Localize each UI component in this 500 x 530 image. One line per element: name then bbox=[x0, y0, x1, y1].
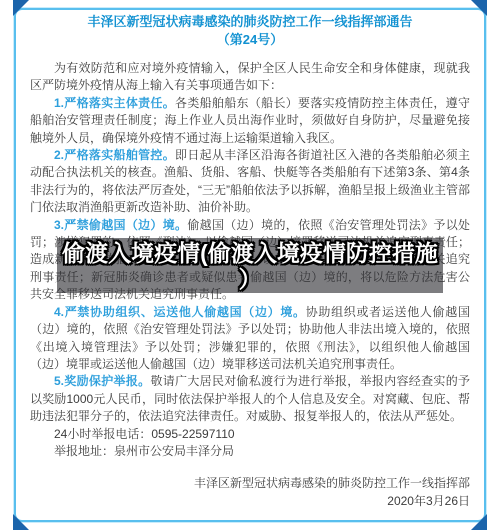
signature-org: 丰泽区新型冠状病毒感染的肺炎防控工作一线指挥部 bbox=[30, 475, 470, 492]
item-1-lead: 1.严格落实主体责任。 bbox=[54, 96, 175, 110]
notice-page: { "colors": { "frame_border": "#59bfee",… bbox=[0, 0, 500, 530]
notice-title-line1: 丰泽区新型冠状病毒感染的肺炎防控工作一线指挥部通告 bbox=[30, 13, 470, 31]
item-4: 4.严禁协助组织、运送他人偷越国（边）境。协助组织或者运送他人偷越国（边）境的，… bbox=[30, 304, 470, 374]
notice-content: 丰泽区新型冠状病毒感染的肺炎防控工作一线指挥部通告 （第24号） 为有效防范和应… bbox=[30, 13, 470, 510]
corner-triangle-top-left bbox=[13, 0, 29, 16]
item-3-lead: 3.严禁偷越国（边）境。 bbox=[54, 218, 187, 232]
item-2-lead: 2.严格落实船舶管控。 bbox=[54, 148, 175, 162]
hotline-line: 24小时举报电话：0595-22597110 bbox=[30, 426, 470, 443]
item-5-lead: 5.奖励保护举报。 bbox=[54, 374, 150, 388]
item-4-lead: 4.严禁协助组织、运送他人偷越国（边）境。 bbox=[54, 305, 306, 319]
corner-triangle-bottom-left bbox=[13, 514, 29, 530]
report-address-line: 举报地址：泉州市公安局丰泽分局 bbox=[30, 443, 470, 460]
notice-body: 为有效防范和应对境外疫情输入，保护全区人民生命安全和身体健康，现就我区严防境外疫… bbox=[30, 60, 470, 510]
intro-paragraph: 为有效防范和应对境外疫情输入，保护全区人民生命安全和身体健康，现就我区严防境外疫… bbox=[30, 60, 470, 95]
item-2: 2.严格落实船舶管控。即日起从丰泽区沿海各街道社区入港的各类船舶必须主动配合执法… bbox=[30, 147, 470, 217]
signature-block: 丰泽区新型冠状病毒感染的肺炎防控工作一线指挥部 2020年3月26日 bbox=[30, 475, 470, 510]
item-1: 1.严格落实主体责任。各类船舶船东（船长）要落实疫情防控主体责任，遵守船舶治安管… bbox=[30, 95, 470, 147]
corner-triangle-top-right bbox=[471, 0, 487, 16]
item-5: 5.奖励保护举报。敬请广大居民对偷私渡行为进行举报，举报内容经查实的予以奖励10… bbox=[30, 373, 470, 425]
item-3: 3.严禁偷越国（边）境。偷越国（边）境的，依照《治安管理处罚法》予以处罚；涉嫌犯… bbox=[30, 217, 470, 304]
notice-title-line2: （第24号） bbox=[30, 31, 470, 49]
corner-triangle-bottom-right bbox=[471, 514, 487, 530]
notice-title: 丰泽区新型冠状病毒感染的肺炎防控工作一线指挥部通告 （第24号） bbox=[30, 13, 470, 49]
signature-date: 2020年3月26日 bbox=[30, 493, 470, 510]
